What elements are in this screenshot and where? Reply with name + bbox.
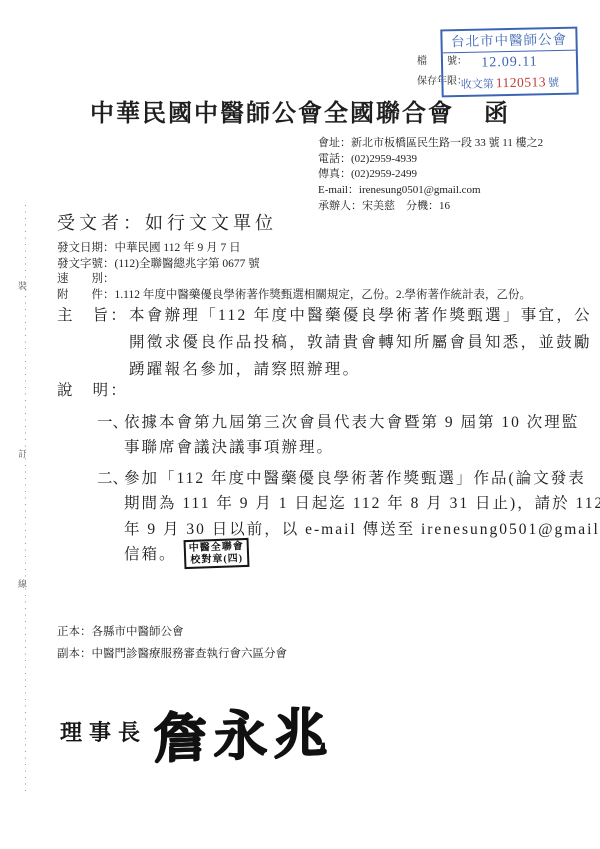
subject-section: 主 旨： 本會辦理「112 年度中醫藥優良學術著作獎甄選」事宜，公 開徵求優良作…: [57, 303, 559, 383]
original-copy-line: 正本：各縣市中醫師公會: [57, 622, 287, 644]
carbon-copy-line: 副本：中醫門診醫療服務審查執行會六區分會: [57, 644, 287, 666]
contact-person: 承辦人：宋美慈 分機：16: [318, 199, 543, 215]
receipt-suffix: 號: [548, 77, 559, 89]
subject-text: 本會辦理「112 年度中醫藥優良學術著作獎甄選」事宜，公 開徵求優良作品投稿，敦…: [129, 303, 559, 383]
organization-name: 中華民國中醫師公會全國聯合會: [90, 101, 454, 127]
proofreading-stamp: 中醫全聯會 校對章(四): [184, 538, 250, 569]
signer-name-calligraphy: 詹永兆: [153, 689, 333, 772]
subject-label: 主 旨：: [57, 303, 129, 383]
document-title: 中華民國中醫師公會全國聯合會函: [0, 93, 600, 128]
binding-dotted-line: [25, 205, 26, 793]
official-letter-page: 裝 訂 線 檔 號： 保存年限： 台北市中醫師公會 12.09.11 收文第11…: [0, 0, 600, 849]
attachments: 附 件：1.112 年度中醫藥優良學術著作獎甄選相關規定，乙份。2.學術著作統計…: [57, 288, 531, 304]
document-meta: 發文日期：中華民國 112 年 9 月 7 日 發文字號：(112)全聯醫總兆字…: [57, 241, 531, 303]
contact-address: 會址：新北市板橋區民生路一段 33 號 11 樓之2: [318, 136, 543, 152]
item-number: 一、: [97, 410, 124, 461]
receipt-prefix: 收文第: [461, 78, 494, 91]
signer-title: 理事長: [60, 716, 147, 747]
receipt-stamp-date: 12.09.11: [443, 51, 576, 75]
document-type: 函: [484, 101, 510, 127]
speed-class: 速 別：: [57, 272, 531, 288]
contact-block: 會址：新北市板橋區民生路一段 33 號 11 樓之2 電話：(02)2959-4…: [318, 136, 543, 215]
recipient-line: 受文者：如行文文單位: [57, 209, 277, 235]
signature-block: 理事長 詹永兆: [60, 692, 333, 770]
copies-block: 正本：各縣市中醫師公會 副本：中醫門診醫療服務審查執行會六區分會: [57, 622, 287, 666]
contact-email: E-mail：irenesung0501@gmail.com: [318, 183, 543, 199]
binding-mark-ding: 訂: [18, 447, 27, 460]
explanation-item-1: 一、 依據本會第九屆第三次會員代表大會暨第 9 屆第 10 次理監 事聯席會議決…: [97, 410, 560, 461]
explanation-label: 說 明：: [57, 378, 128, 400]
receipt-stamp: 台北市中醫師公會 12.09.11 收文第1120513號: [440, 27, 578, 98]
explanation-items: 一、 依據本會第九屆第三次會員代表大會暨第 9 屆第 10 次理監 事聯席會議決…: [97, 410, 560, 567]
receipt-stamp-org: 台北市中醫師公會: [442, 29, 575, 54]
contact-phone: 電話：(02)2959-4939: [318, 152, 543, 168]
receipt-number: 1120513: [494, 74, 549, 90]
contact-fax: 傳真：(02)2959-2499: [318, 167, 543, 183]
item-number: 二、: [97, 466, 124, 568]
issue-date: 發文日期：中華民國 112 年 9 月 7 日: [57, 241, 531, 257]
binding-mark-zhuang: 裝: [18, 279, 27, 292]
explanation-item-2: 二、 參加「112 年度中醫藥優良學術著作獎甄選」作品(論文發表 期間為 111…: [97, 466, 560, 568]
binding-mark-xian: 線: [18, 577, 27, 590]
receipt-stamp-number-row: 收文第1120513號: [443, 72, 576, 96]
issue-number: 發文字號：(112)全聯醫總兆字第 0677 號: [57, 257, 531, 273]
